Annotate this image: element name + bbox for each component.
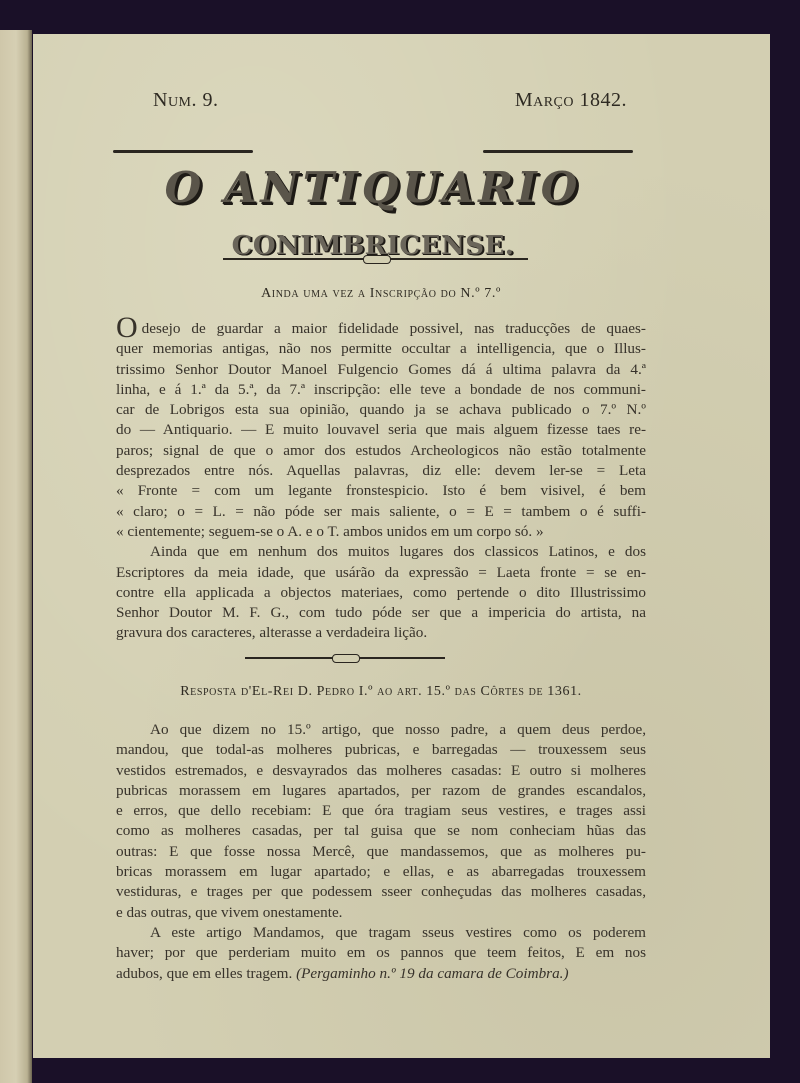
text-line: « claro; o = L. = não póde ser mais sali… bbox=[116, 502, 646, 522]
newspaper-page: Num. 9. Março 1842. O ANTIQUARIO CONIMBR… bbox=[33, 34, 770, 1058]
text-line: outras: E que fosse nossa Mercê, que man… bbox=[116, 842, 646, 862]
text-line: gravura dos caracteres, alterasse a verd… bbox=[116, 623, 646, 643]
text-line: vestidos estremados, e desvayrados das m… bbox=[116, 761, 646, 781]
text-line: « Fronte = com um legante fronstespicio.… bbox=[116, 481, 646, 501]
ornamental-divider-2 bbox=[245, 657, 445, 659]
text-line: e das outras, que vivem onestamente. bbox=[116, 903, 646, 923]
masthead-header-row: Num. 9. Março 1842. bbox=[113, 89, 629, 119]
article2-paragraph2: A este artigo Mandamos, que tragam sseus… bbox=[116, 923, 646, 984]
article1-paragraph2: Ainda que em nenhum dos muitos lugares d… bbox=[116, 542, 646, 643]
text-line: vestiduras, e trages per que podessem ss… bbox=[116, 882, 646, 902]
article2-heading: Resposta d'El-Rei D. Pedro I.º ao art. 1… bbox=[116, 684, 646, 700]
text-line: haver; por que perderiam muito em os pan… bbox=[116, 943, 646, 963]
header-rule-left bbox=[113, 150, 253, 153]
adjacent-page-edge bbox=[0, 30, 32, 1083]
article1-body: Odesejo de guardar a maior fidelidade po… bbox=[116, 318, 646, 644]
article2-paragraph1: Ao que dizem no 15.º artigo, que nosso p… bbox=[116, 720, 646, 923]
issue-date: Março 1842. bbox=[515, 89, 627, 112]
ornamental-divider bbox=[223, 258, 528, 260]
text-line: paros; signal de que o amor dos estudos … bbox=[116, 441, 646, 461]
text-line: trissimo Senhor Doutor Manoel Fulgencio … bbox=[116, 360, 646, 380]
citation: (Pergaminho n.º 19 da camara de Coimbra.… bbox=[292, 965, 568, 982]
divider-ornament-icon bbox=[363, 255, 391, 264]
text-line: Odesejo de guardar a maior fidelidade po… bbox=[116, 318, 646, 339]
article1-paragraph1: Odesejo de guardar a maior fidelidade po… bbox=[116, 318, 646, 542]
header-rule-right bbox=[483, 150, 633, 153]
text-line: car de Lobrigos esta sua opinião, quando… bbox=[116, 400, 646, 420]
divider-ornament-icon bbox=[332, 654, 360, 663]
article2-body: Ao que dizem no 15.º artigo, que nosso p… bbox=[116, 720, 646, 984]
text-line: pubricas morassem em lugares apartados, … bbox=[116, 781, 646, 801]
text-line: como as molheres casadas, per tal guisa … bbox=[116, 821, 646, 841]
text-line: do — Antiquario. — E muito louvavel seri… bbox=[116, 420, 646, 440]
text-line: « cientemente; seguem-se o A. e o T. amb… bbox=[116, 522, 646, 542]
text-line: A este artigo Mandamos, que tragam sseus… bbox=[116, 923, 646, 943]
text-line: Ainda que em nenhum dos muitos lugares d… bbox=[116, 542, 646, 562]
text-line: desprezados entre nós. Aquellas palavras… bbox=[116, 461, 646, 481]
article1-heading: Ainda uma vez a Inscripção do N.º 7.º bbox=[116, 286, 646, 302]
text-line: adubos, que em elles tragem. (Pergaminho… bbox=[116, 964, 646, 984]
text-line: e erros, que dello recebiam: E que óra t… bbox=[116, 801, 646, 821]
text-line: linha, e á 1.ª da 5.ª, da 7.ª inscripção… bbox=[116, 380, 646, 400]
text-line: Ao que dizem no 15.º artigo, que nosso p… bbox=[116, 720, 646, 740]
text-line: mandou, que todal-as molheres pubricas, … bbox=[116, 740, 646, 760]
masthead-title: O ANTIQUARIO bbox=[113, 162, 633, 214]
text-line: Escriptores da meia idade, que usárão da… bbox=[116, 563, 646, 583]
text-line: Senhor Doutor M. F. G., com tudo póde se… bbox=[116, 603, 646, 623]
text-line: quer memorias antigas, não nos permitte … bbox=[116, 339, 646, 359]
issue-number: Num. 9. bbox=[153, 89, 219, 112]
text-line: contre ella applicada a objectos materia… bbox=[116, 583, 646, 603]
text-line: bricas morassem em lugar apartado; e ell… bbox=[116, 862, 646, 882]
